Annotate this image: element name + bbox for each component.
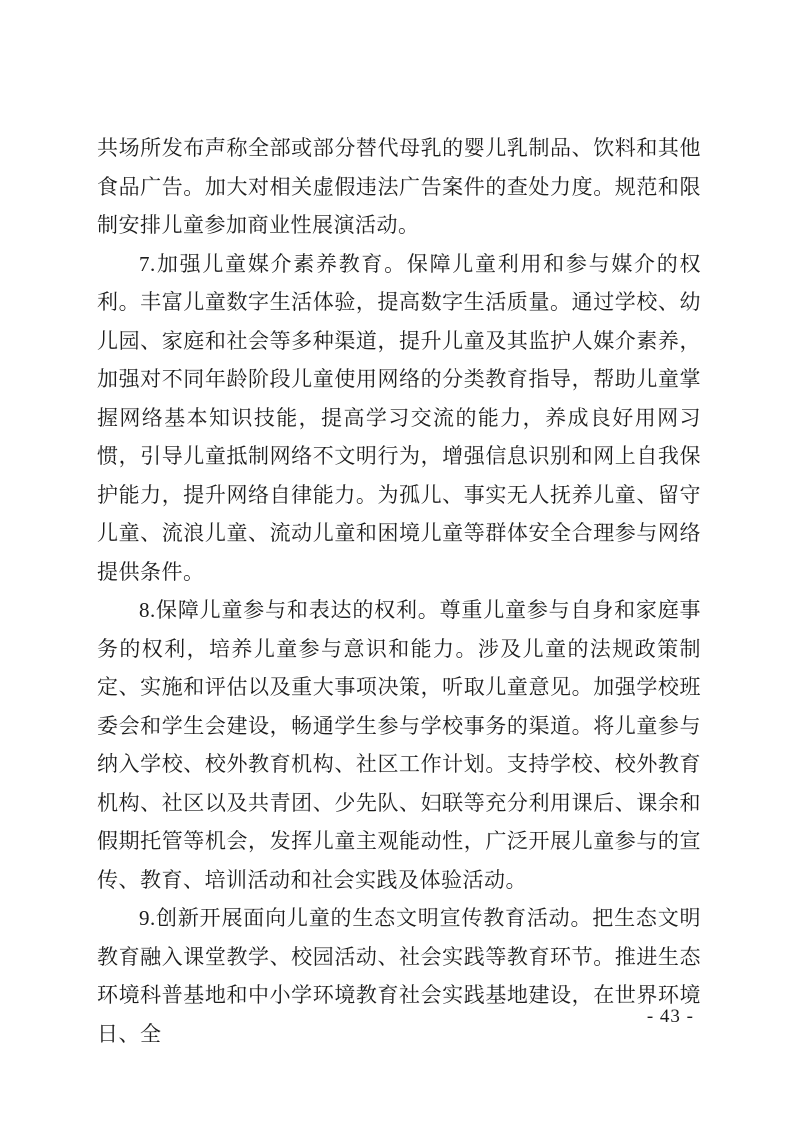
paragraph-item-8: 8.保障儿童参与和表达的权利。尊重儿童参与自身和家庭事务的权利，培养儿童参与意识… (97, 591, 701, 899)
page-number: - 43 - (647, 1003, 694, 1031)
paragraph-item-7: 7.加强儿童媒介素养教育。保障儿童利用和参与媒介的权利。丰富儿童数字生活体验，提… (97, 245, 701, 592)
document-page: 共场所发布声称全部或部分替代母乳的婴儿乳制品、饮料和其他食品广告。加大对相关虚假… (0, 0, 794, 1122)
paragraph-item-9: 9.创新开展面向儿童的生态文明宣传教育活动。把生态文明教育融入课堂教学、校园活动… (97, 899, 701, 1053)
paragraph-continuation: 共场所发布声称全部或部分替代母乳的婴儿乳制品、饮料和其他食品广告。加大对相关虚假… (97, 129, 701, 245)
document-body: 共场所发布声称全部或部分替代母乳的婴儿乳制品、饮料和其他食品广告。加大对相关虚假… (97, 129, 701, 1053)
